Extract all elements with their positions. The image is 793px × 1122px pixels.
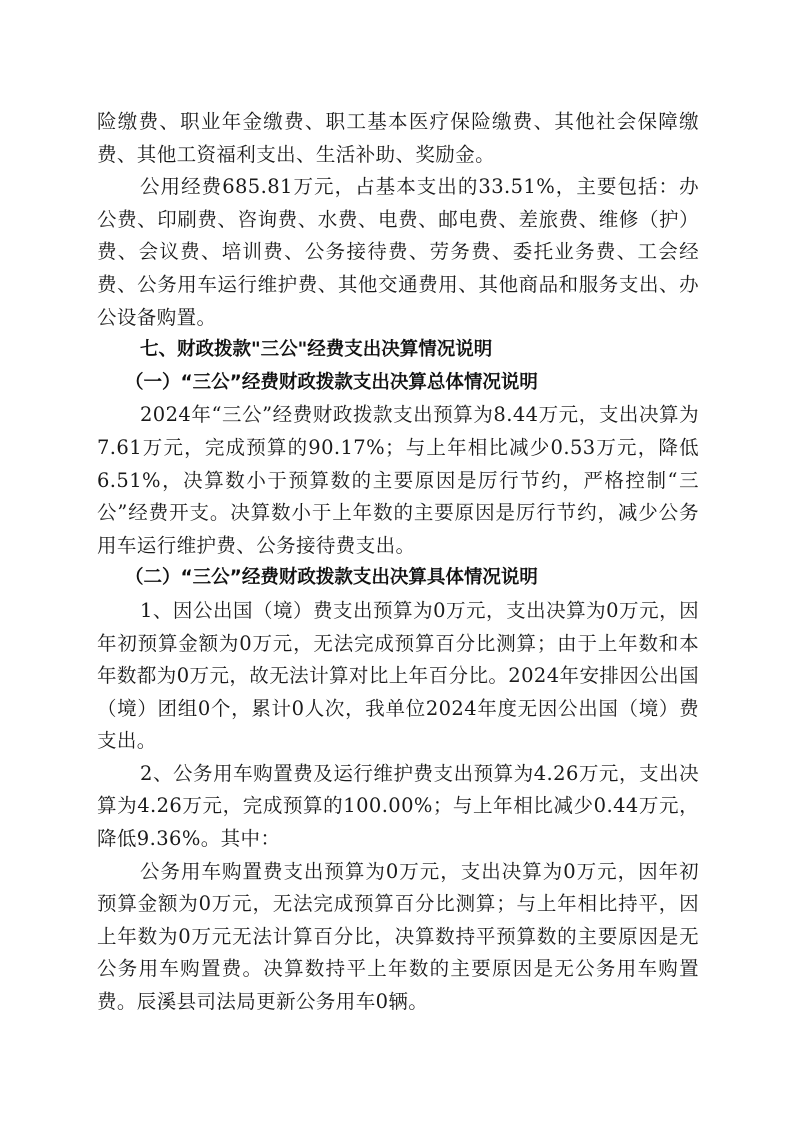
paragraph-overseas-travel: 1、因公出国（境）费支出预算为0万元，支出决算为0万元，因年初预算金额为0万元，… [97,595,699,758]
document-page: 险缴费、职业年金缴费、职工基本医疗保险缴费、其他社会保障缴费、其他工资福利支出、… [97,106,699,1019]
paragraph-personnel-expense-continued: 险缴费、职业年金缴费、职工基本医疗保险缴费、其他社会保障缴费、其他工资福利支出、… [97,106,699,171]
subsection-heading-overall: （一）“三公”经费财政拨款支出决算总体情况说明 [97,367,699,400]
paragraph-public-expense: 公用经费685.81万元，占基本支出的33.51%，主要包括：办公费、印刷费、咨… [97,171,699,334]
subsection-heading-specific: （二）“三公”经费财政拨款支出决算具体情况说明 [97,562,699,595]
paragraph-vehicle-purchase: 公务用车购置费支出预算为0万元，支出决算为0万元，因年初预算金额为0万元，无法完… [97,856,699,1019]
paragraph-vehicle-expense: 2、公务用车购置费及运行维护费支出预算为4.26万元，支出决算为4.26万元，完… [97,758,699,856]
paragraph-overall-summary: 2024年“三公”经费财政拨款支出预算为8.44万元，支出决算为7.61万元，完… [97,399,699,562]
section-heading-seven: 七、财政拨款"三公"经费支出决算情况说明 [97,334,699,367]
